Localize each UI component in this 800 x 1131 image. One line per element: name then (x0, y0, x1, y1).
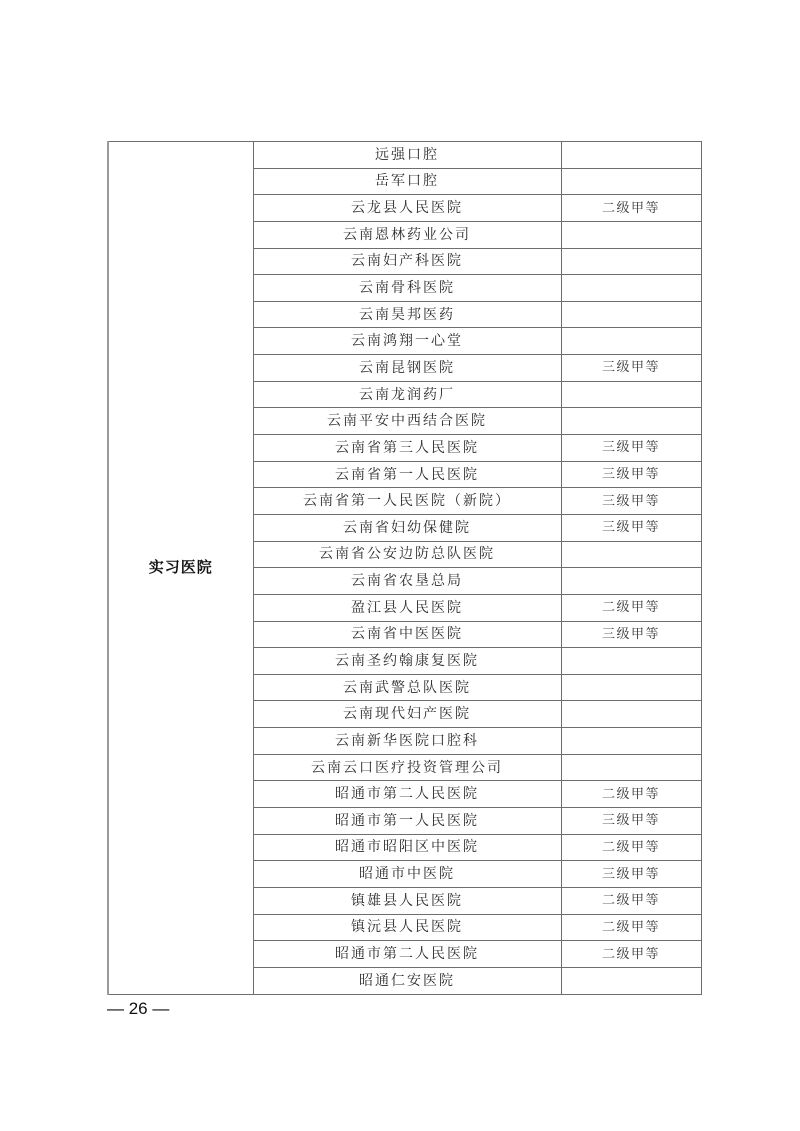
hospital-name-cell: 云南云口医疗投资管理公司 (253, 754, 561, 781)
hospital-name-cell: 岳军口腔 (253, 168, 561, 195)
hospital-name-cell: 云南鸿翔一心堂 (253, 328, 561, 355)
hospital-name-cell: 昭通市第二人民医院 (253, 781, 561, 808)
hospital-grade-cell (561, 381, 701, 408)
hospital-grade-cell: 二级甲等 (561, 887, 701, 914)
hospital-grade-cell (561, 701, 701, 728)
category-cell: 实习医院 (108, 142, 253, 995)
hospital-name-cell: 云南省中医医院 (253, 621, 561, 648)
hospital-grade-cell (561, 142, 701, 169)
hospital-name-cell: 云南现代妇产医院 (253, 701, 561, 728)
hospital-name-cell: 云南省公安边防总队医院 (253, 541, 561, 568)
hospital-name-cell: 云南恩林药业公司 (253, 221, 561, 248)
hospital-name-cell: 云南省第三人民医院 (253, 435, 561, 462)
hospital-grade-cell (561, 168, 701, 195)
hospital-grade-cell (561, 408, 701, 435)
hospital-name-cell: 云南省妇幼保健院 (253, 514, 561, 541)
internship-hospital-table: 实习医院远强口腔岳军口腔云龙县人民医院二级甲等云南恩林药业公司云南妇产科医院云南… (107, 141, 702, 995)
table-row: 实习医院远强口腔 (108, 142, 701, 169)
hospital-grade-cell: 二级甲等 (561, 195, 701, 222)
hospital-grade-cell: 二级甲等 (561, 941, 701, 968)
hospital-name-cell: 昭通市第一人民医院 (253, 808, 561, 835)
hospital-grade-cell (561, 221, 701, 248)
hospital-grade-cell (561, 648, 701, 675)
hospital-name-cell: 昭通市第二人民医院 (253, 941, 561, 968)
hospital-grade-cell (561, 568, 701, 595)
hospital-name-cell: 云南圣约翰康复医院 (253, 648, 561, 675)
table-body: 实习医院远强口腔岳军口腔云龙县人民医院二级甲等云南恩林药业公司云南妇产科医院云南… (108, 142, 701, 995)
hospital-name-cell: 云南骨科医院 (253, 275, 561, 302)
hospital-name-cell: 云南龙润药厂 (253, 381, 561, 408)
hospital-grade-cell: 三级甲等 (561, 435, 701, 462)
hospital-grade-cell (561, 275, 701, 302)
hospital-grade-cell: 二级甲等 (561, 781, 701, 808)
hospital-name-cell: 云南省农垦总局 (253, 568, 561, 595)
hospital-name-cell: 云南省第一人民医院 (253, 461, 561, 488)
hospital-grade-cell: 三级甲等 (561, 861, 701, 888)
hospital-name-cell: 云南昊邦医药 (253, 301, 561, 328)
hospital-name-cell: 镇雄县人民医院 (253, 887, 561, 914)
hospital-grade-cell (561, 248, 701, 275)
hospital-name-cell: 云南昆钢医院 (253, 355, 561, 382)
hospital-name-cell: 昭通市昭阳区中医院 (253, 834, 561, 861)
hospital-grade-cell (561, 728, 701, 755)
hospital-name-cell: 云南武警总队医院 (253, 674, 561, 701)
hospital-grade-cell: 二级甲等 (561, 914, 701, 941)
hospital-name-cell: 昭通市中医院 (253, 861, 561, 888)
hospital-grade-cell (561, 541, 701, 568)
hospital-grade-cell (561, 754, 701, 781)
hospital-name-cell: 云南平安中西结合医院 (253, 408, 561, 435)
hospital-grade-cell: 三级甲等 (561, 488, 701, 515)
hospital-name-cell: 昭通仁安医院 (253, 967, 561, 994)
hospital-grade-cell: 二级甲等 (561, 594, 701, 621)
hospital-grade-cell (561, 674, 701, 701)
hospital-grade-cell: 三级甲等 (561, 621, 701, 648)
hospital-grade-cell (561, 328, 701, 355)
hospital-name-cell: 云南妇产科医院 (253, 248, 561, 275)
hospital-grade-cell: 二级甲等 (561, 834, 701, 861)
page-number: — 26 — (107, 999, 169, 1019)
hospital-grade-cell: 三级甲等 (561, 514, 701, 541)
hospital-grade-cell: 三级甲等 (561, 355, 701, 382)
hospital-grade-cell: 三级甲等 (561, 808, 701, 835)
hospital-name-cell: 云南省第一人民医院（新院） (253, 488, 561, 515)
hospital-name-cell: 云南新华医院口腔科 (253, 728, 561, 755)
hospital-grade-cell (561, 967, 701, 994)
hospital-name-cell: 远强口腔 (253, 142, 561, 169)
hospital-name-cell: 盈江县人民医院 (253, 594, 561, 621)
hospital-name-cell: 云龙县人民医院 (253, 195, 561, 222)
hospital-name-cell: 镇沅县人民医院 (253, 914, 561, 941)
hospital-grade-cell (561, 301, 701, 328)
hospital-grade-cell: 三级甲等 (561, 461, 701, 488)
